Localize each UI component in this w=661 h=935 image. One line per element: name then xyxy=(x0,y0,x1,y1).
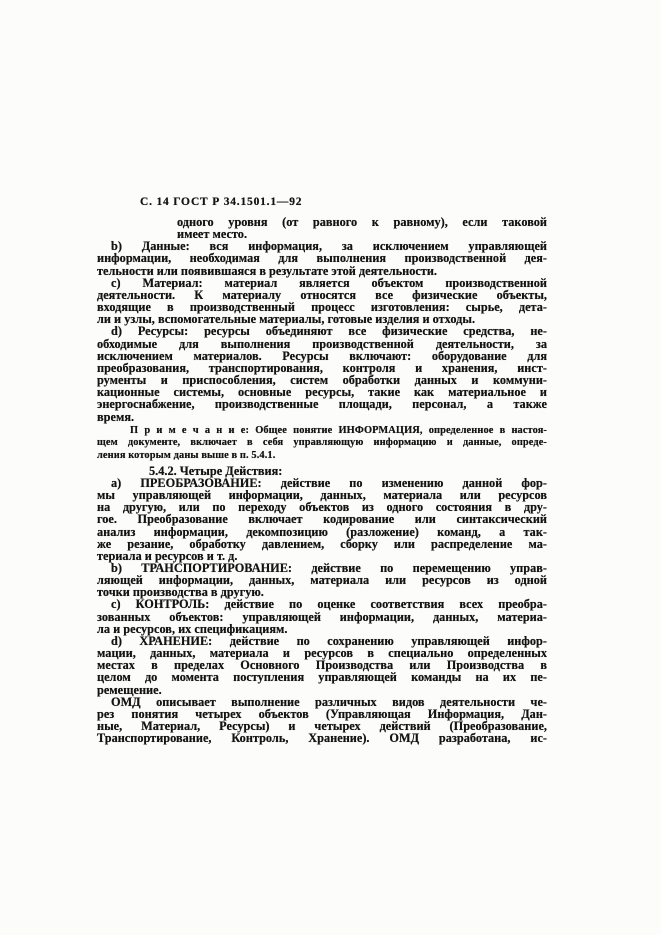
paragraph: b) ТРАНСПОРТИРОВАНИЕ: действие по переме… xyxy=(97,562,547,598)
text-line: энергоснабжение, производственные площад… xyxy=(97,398,547,410)
paragraph: c) Материал: материал является объектом … xyxy=(97,277,547,326)
text-line: c) КОНТРОЛЬ: действие по оценке соответс… xyxy=(97,598,547,610)
text-line: анализ информации, декомпозицию (разложе… xyxy=(97,526,547,538)
note-block: П р и м е ч а н и е: Общее понятие ИНФОР… xyxy=(97,425,547,463)
text-line: гое. Преобразование включает кодирование… xyxy=(97,513,547,525)
text-line: ремещение. xyxy=(97,684,547,696)
text-line: d) Ресурсы: ресурсы объединяют все физич… xyxy=(97,325,547,337)
text-line: щем документе, включает в себя управляющ… xyxy=(97,437,547,450)
text-line: время. xyxy=(97,411,547,423)
paragraph: b) Данные: вся информация, за исключение… xyxy=(97,240,547,276)
running-page-header: С. 14 ГОСТ Р 34.1501.1—92 xyxy=(140,196,302,208)
text-line: целом до момента поступления управляющей… xyxy=(97,671,547,683)
text-line: П р и м е ч а н и е: Общее понятие ИНФОР… xyxy=(97,425,547,438)
text-line: зованных объектов: управляющей информаци… xyxy=(97,611,547,623)
paragraph: ОМД описывает выполнение различных видов… xyxy=(97,696,547,745)
scanned-document-page: С. 14 ГОСТ Р 34.1501.1—92 одного уровня … xyxy=(0,0,661,935)
document-text-body: одного уровня (от равного к равному), ес… xyxy=(97,216,547,744)
paragraph: a) ПРЕОБРАЗОВАНИЕ: действие по изменению… xyxy=(97,477,547,562)
paragraph: d) ХРАНЕНИЕ: действие по сохранению упра… xyxy=(97,635,547,696)
paragraph: d) Ресурсы: ресурсы объединяют все физич… xyxy=(97,325,547,422)
text-line: тельности или появившаяся в результате э… xyxy=(97,265,547,277)
text-line: Транспортирование, Контроль, Хранение). … xyxy=(97,732,547,744)
text-line: ления которым даны выше в п. 5.4.1. xyxy=(97,450,547,463)
indented-quote: одного уровня (от равного к равному), ес… xyxy=(97,216,547,240)
paragraph: c) КОНТРОЛЬ: действие по оценке соответс… xyxy=(97,598,547,634)
text-line: обходимые для выполнения производственно… xyxy=(97,338,547,350)
text-line: информации, необходимая для выполнения п… xyxy=(97,252,547,264)
